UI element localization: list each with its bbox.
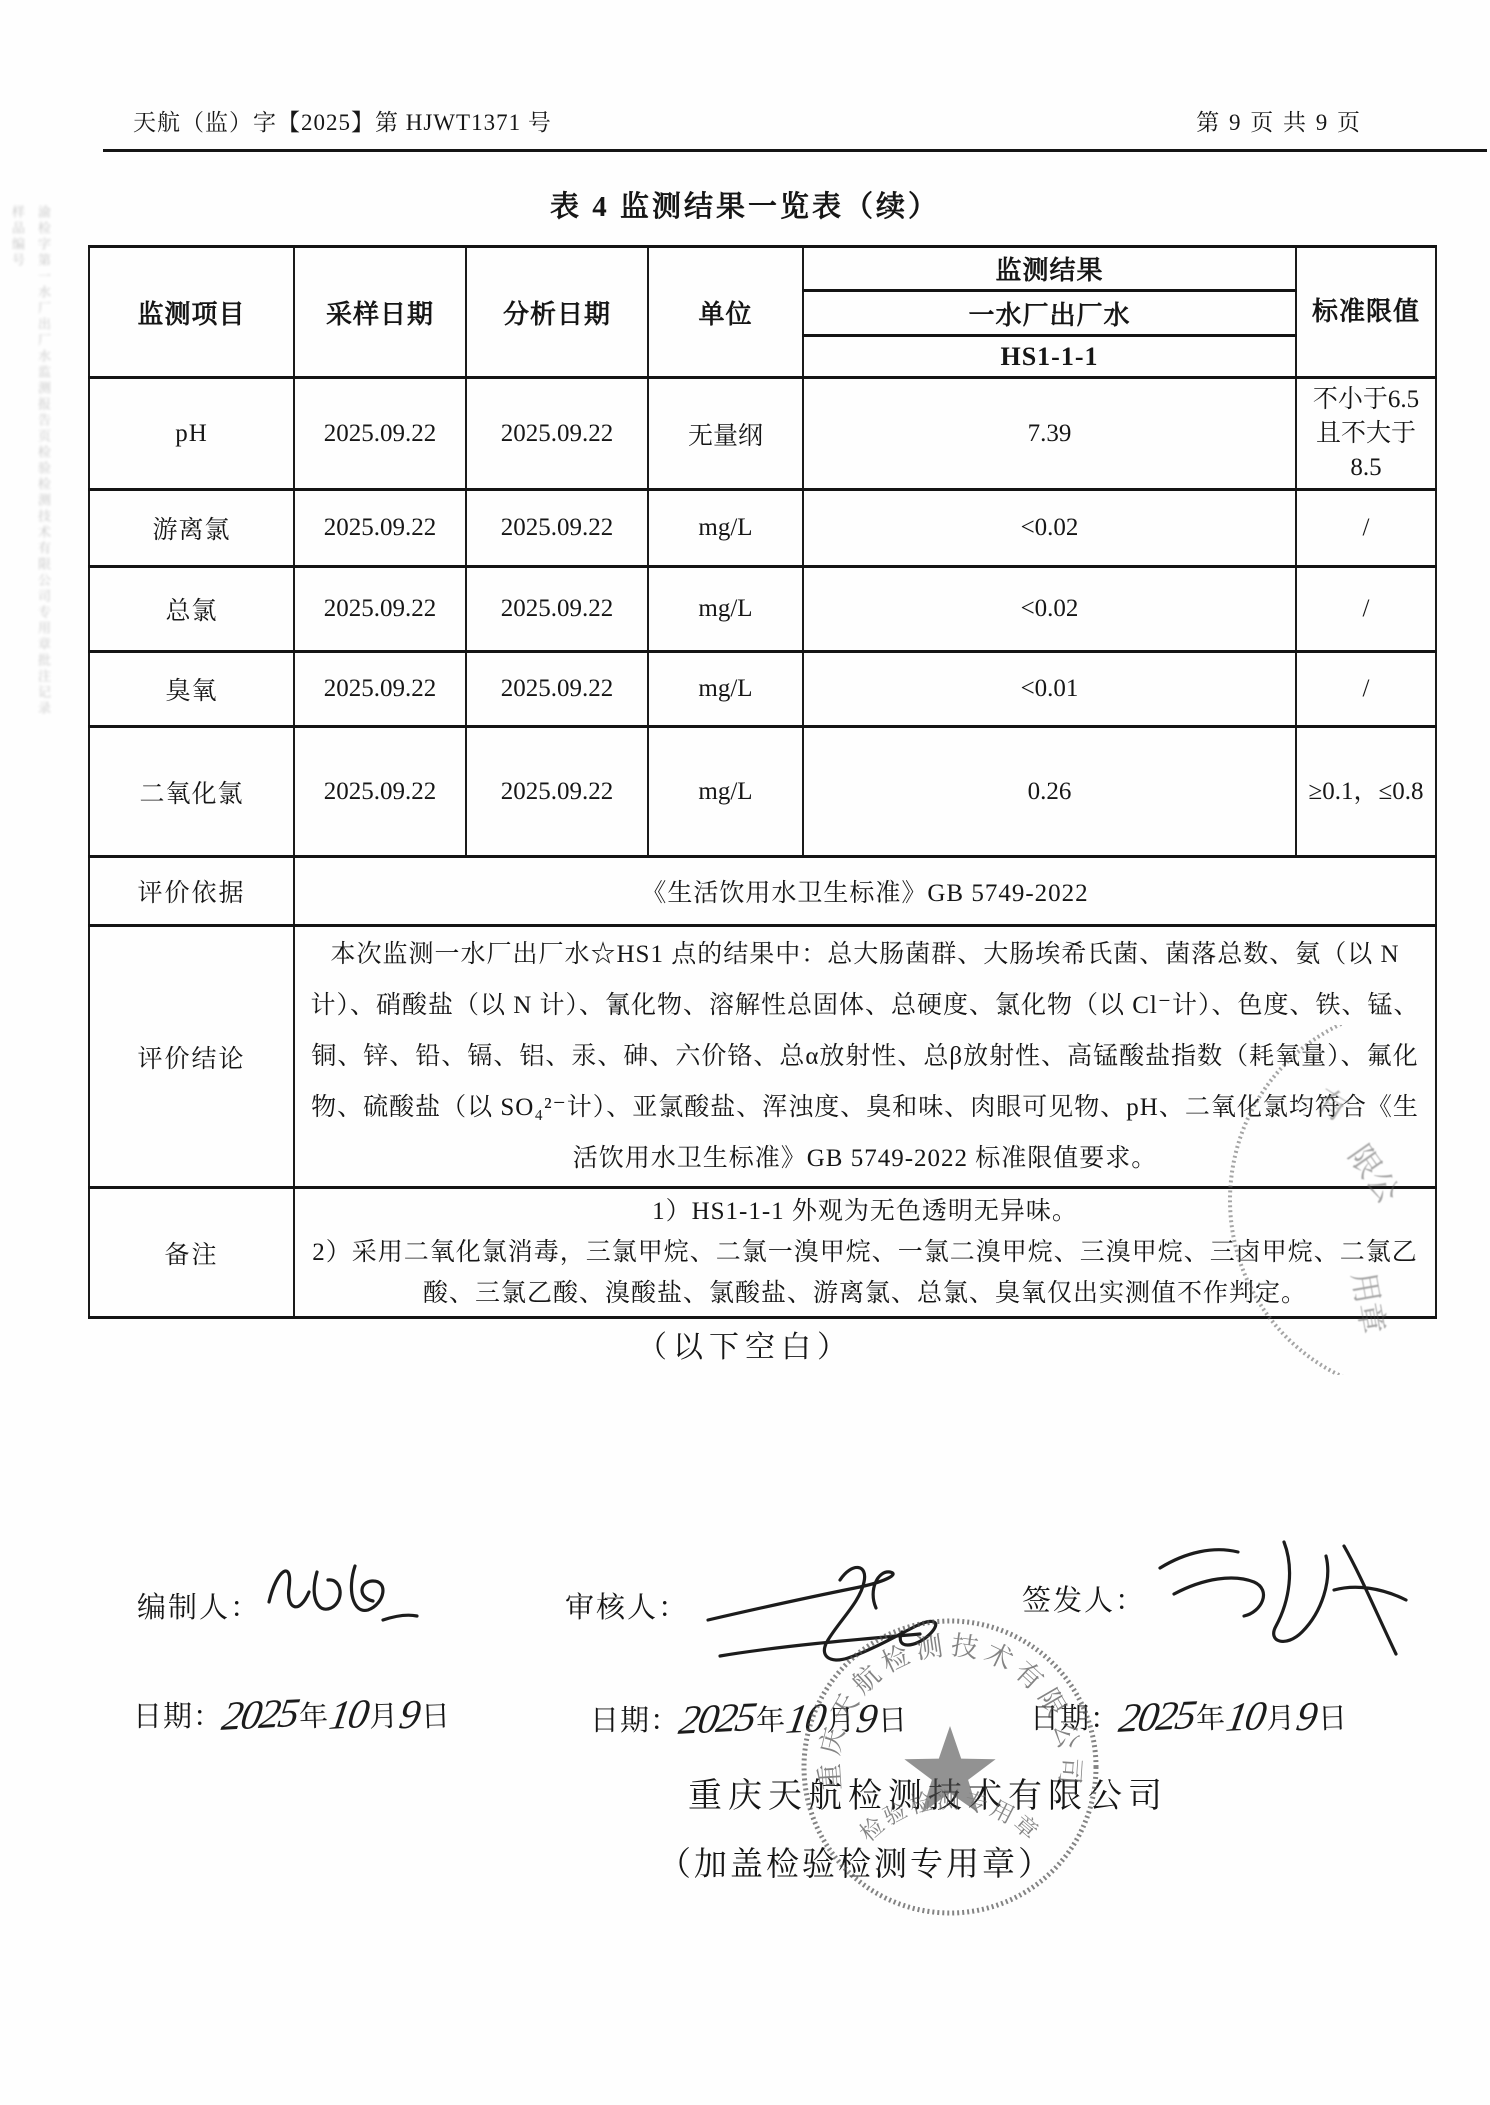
date-day-unit: 日 xyxy=(1317,1696,1347,1738)
row-sampling-date: 2025.09.22 xyxy=(294,727,466,857)
basis-row: 评价依据 《生活饮用水卫生标准》GB 5749-2022 xyxy=(89,857,1436,926)
row-analysis-date: 2025.09.22 xyxy=(466,490,648,567)
row-unit: mg/L xyxy=(648,490,803,567)
company-stamp: 重庆天航检测技术有限公司 检验检测专用章 xyxy=(795,1612,1105,1922)
col-header-result-site: 一水厂出厂水 xyxy=(803,291,1296,336)
row-result: <0.01 xyxy=(803,652,1296,727)
date-day: 9 xyxy=(396,1690,422,1739)
row-unit: mg/L xyxy=(648,652,803,727)
table-row: 总氯 2025.09.22 2025.09.22 mg/L <0.02 / xyxy=(89,567,1436,652)
row-sampling-date: 2025.09.22 xyxy=(294,490,466,567)
date-label: 日期： xyxy=(133,1701,223,1733)
header-rule xyxy=(103,149,1487,152)
date-year: 2025 xyxy=(219,1688,301,1740)
col-header-limit: 标准限值 xyxy=(1296,247,1436,378)
conclusion-label: 评价结论 xyxy=(89,926,294,1188)
date-year-unit: 年 xyxy=(755,1698,785,1740)
table-row: pH 2025.09.22 2025.09.22 无量纲 7.39 不小于6.5… xyxy=(89,378,1436,490)
row-result: 0.26 xyxy=(803,727,1296,857)
col-header-result-group: 监测结果 xyxy=(803,247,1296,291)
row-item: 游离氯 xyxy=(89,490,294,567)
issuer-signature xyxy=(1148,1528,1438,1668)
stamp-bottom-text: 检验检测专用章 xyxy=(855,1787,1044,1846)
basis-value: 《生活饮用水卫生标准》GB 5749-2022 xyxy=(294,857,1436,926)
row-item: 总氯 xyxy=(89,567,294,652)
row-sampling-date: 2025.09.22 xyxy=(294,567,466,652)
svg-text:检验检测专用章: 检验检测专用章 xyxy=(855,1787,1044,1846)
date-year: 2025 xyxy=(1116,1690,1198,1742)
row-limit: 不小于6.5且不大于8.5 xyxy=(1296,378,1436,490)
table-row: 二氧化氯 2025.09.22 2025.09.22 mg/L 0.26 ≥0.… xyxy=(89,727,1436,857)
row-analysis-date: 2025.09.22 xyxy=(466,378,648,490)
page-indicator: 第 9 页 共 9 页 xyxy=(1196,104,1362,137)
row-sampling-date: 2025.09.22 xyxy=(294,652,466,727)
row-unit: 无量纲 xyxy=(648,378,803,490)
date-month-unit: 月 xyxy=(1265,1696,1295,1738)
date-year: 2025 xyxy=(676,1692,758,1744)
col-header-item: 监测项目 xyxy=(89,247,294,378)
preparer-signature xyxy=(255,1550,425,1635)
row-limit: / xyxy=(1296,490,1436,567)
row-unit: mg/L xyxy=(648,567,803,652)
row-unit: mg/L xyxy=(648,727,803,857)
row-analysis-date: 2025.09.22 xyxy=(466,567,648,652)
remark-label: 备注 xyxy=(89,1188,294,1318)
row-result: <0.02 xyxy=(803,567,1296,652)
row-result: 7.39 xyxy=(803,378,1296,490)
table-header-row-1: 监测项目 采样日期 分析日期 单位 监测结果 标准限值 xyxy=(89,247,1436,291)
table-row: 臭氧 2025.09.22 2025.09.22 mg/L <0.01 / xyxy=(89,652,1436,727)
date-month: 10 xyxy=(326,1689,371,1739)
row-analysis-date: 2025.09.22 xyxy=(466,727,648,857)
preparer-date: 日期：2025年10月9日 xyxy=(133,1688,452,1736)
scan-bleed-artifact: 渝检字第一水厂出厂水监测报告页检验检测技术有限公司专用章批注记录样品编号 xyxy=(30,205,56,725)
preparer-label: 编制人： xyxy=(137,1585,261,1626)
row-analysis-date: 2025.09.22 xyxy=(466,652,648,727)
doc-number: 天航（监）字【2025】第 HJWT1371 号 xyxy=(133,104,552,137)
date-month: 10 xyxy=(1223,1691,1268,1741)
date-year-unit: 年 xyxy=(1195,1696,1225,1738)
row-result: <0.02 xyxy=(803,490,1296,567)
reviewer-label: 审核人： xyxy=(565,1585,689,1626)
col-header-sample-id: HS1-1-1 xyxy=(803,336,1296,378)
report-page: 天航（监）字【2025】第 HJWT1371 号 第 9 页 共 9 页 表 4… xyxy=(0,0,1490,2105)
row-item: 臭氧 xyxy=(89,652,294,727)
row-limit: / xyxy=(1296,652,1436,727)
row-limit: / xyxy=(1296,567,1436,652)
col-header-analysis-date: 分析日期 xyxy=(466,247,648,378)
row-item: 二氧化氯 xyxy=(89,727,294,857)
table-row: 游离氯 2025.09.22 2025.09.22 mg/L <0.02 / xyxy=(89,490,1436,567)
col-header-sampling-date: 采样日期 xyxy=(294,247,466,378)
date-label: 日期： xyxy=(590,1705,680,1737)
basis-label: 评价依据 xyxy=(89,857,294,926)
date-year-unit: 年 xyxy=(298,1694,328,1736)
date-day-unit: 日 xyxy=(420,1694,450,1736)
row-item: pH xyxy=(89,378,294,490)
page-title: 表 4 监测结果一览表（续） xyxy=(0,184,1490,225)
col-header-unit: 单位 xyxy=(648,247,803,378)
date-day: 9 xyxy=(1293,1692,1319,1741)
row-limit: ≥0.1，≤0.8 xyxy=(1296,727,1436,857)
row-sampling-date: 2025.09.22 xyxy=(294,378,466,490)
date-month-unit: 月 xyxy=(368,1694,398,1736)
